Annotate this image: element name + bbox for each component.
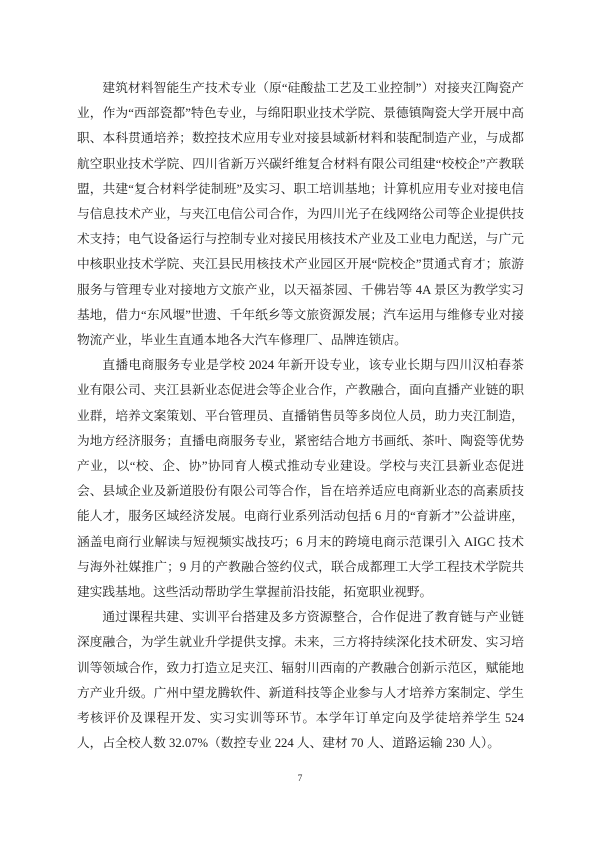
paragraph-majors-industry-docking: 建筑材料智能生产技术专业（原“硅酸盐工艺及工业控制”）对接夹江陶瓷产业，作为“西… xyxy=(77,76,524,353)
paragraph-cooperation-outcomes: 通过课程共建、实训平台搭建及多方资源整合，合作促进了教育链与产业链深度融合，为学… xyxy=(77,605,524,756)
page-text-block: 建筑材料智能生产技术专业（原“硅酸盐工艺及工业控制”）对接夹江陶瓷产业，作为“西… xyxy=(77,76,524,756)
page-footer: 7 xyxy=(0,768,600,786)
document-page: 建筑材料智能生产技术专业（原“硅酸盐工艺及工业控制”）对接夹江陶瓷产业，作为“西… xyxy=(0,0,600,848)
paragraph-livestream-ecommerce-major: 直播电商服务专业是学校 2024 年新开设专业，该专业长期与四川汉柏春茶业有限公… xyxy=(77,353,524,605)
page-number: 7 xyxy=(298,774,303,784)
